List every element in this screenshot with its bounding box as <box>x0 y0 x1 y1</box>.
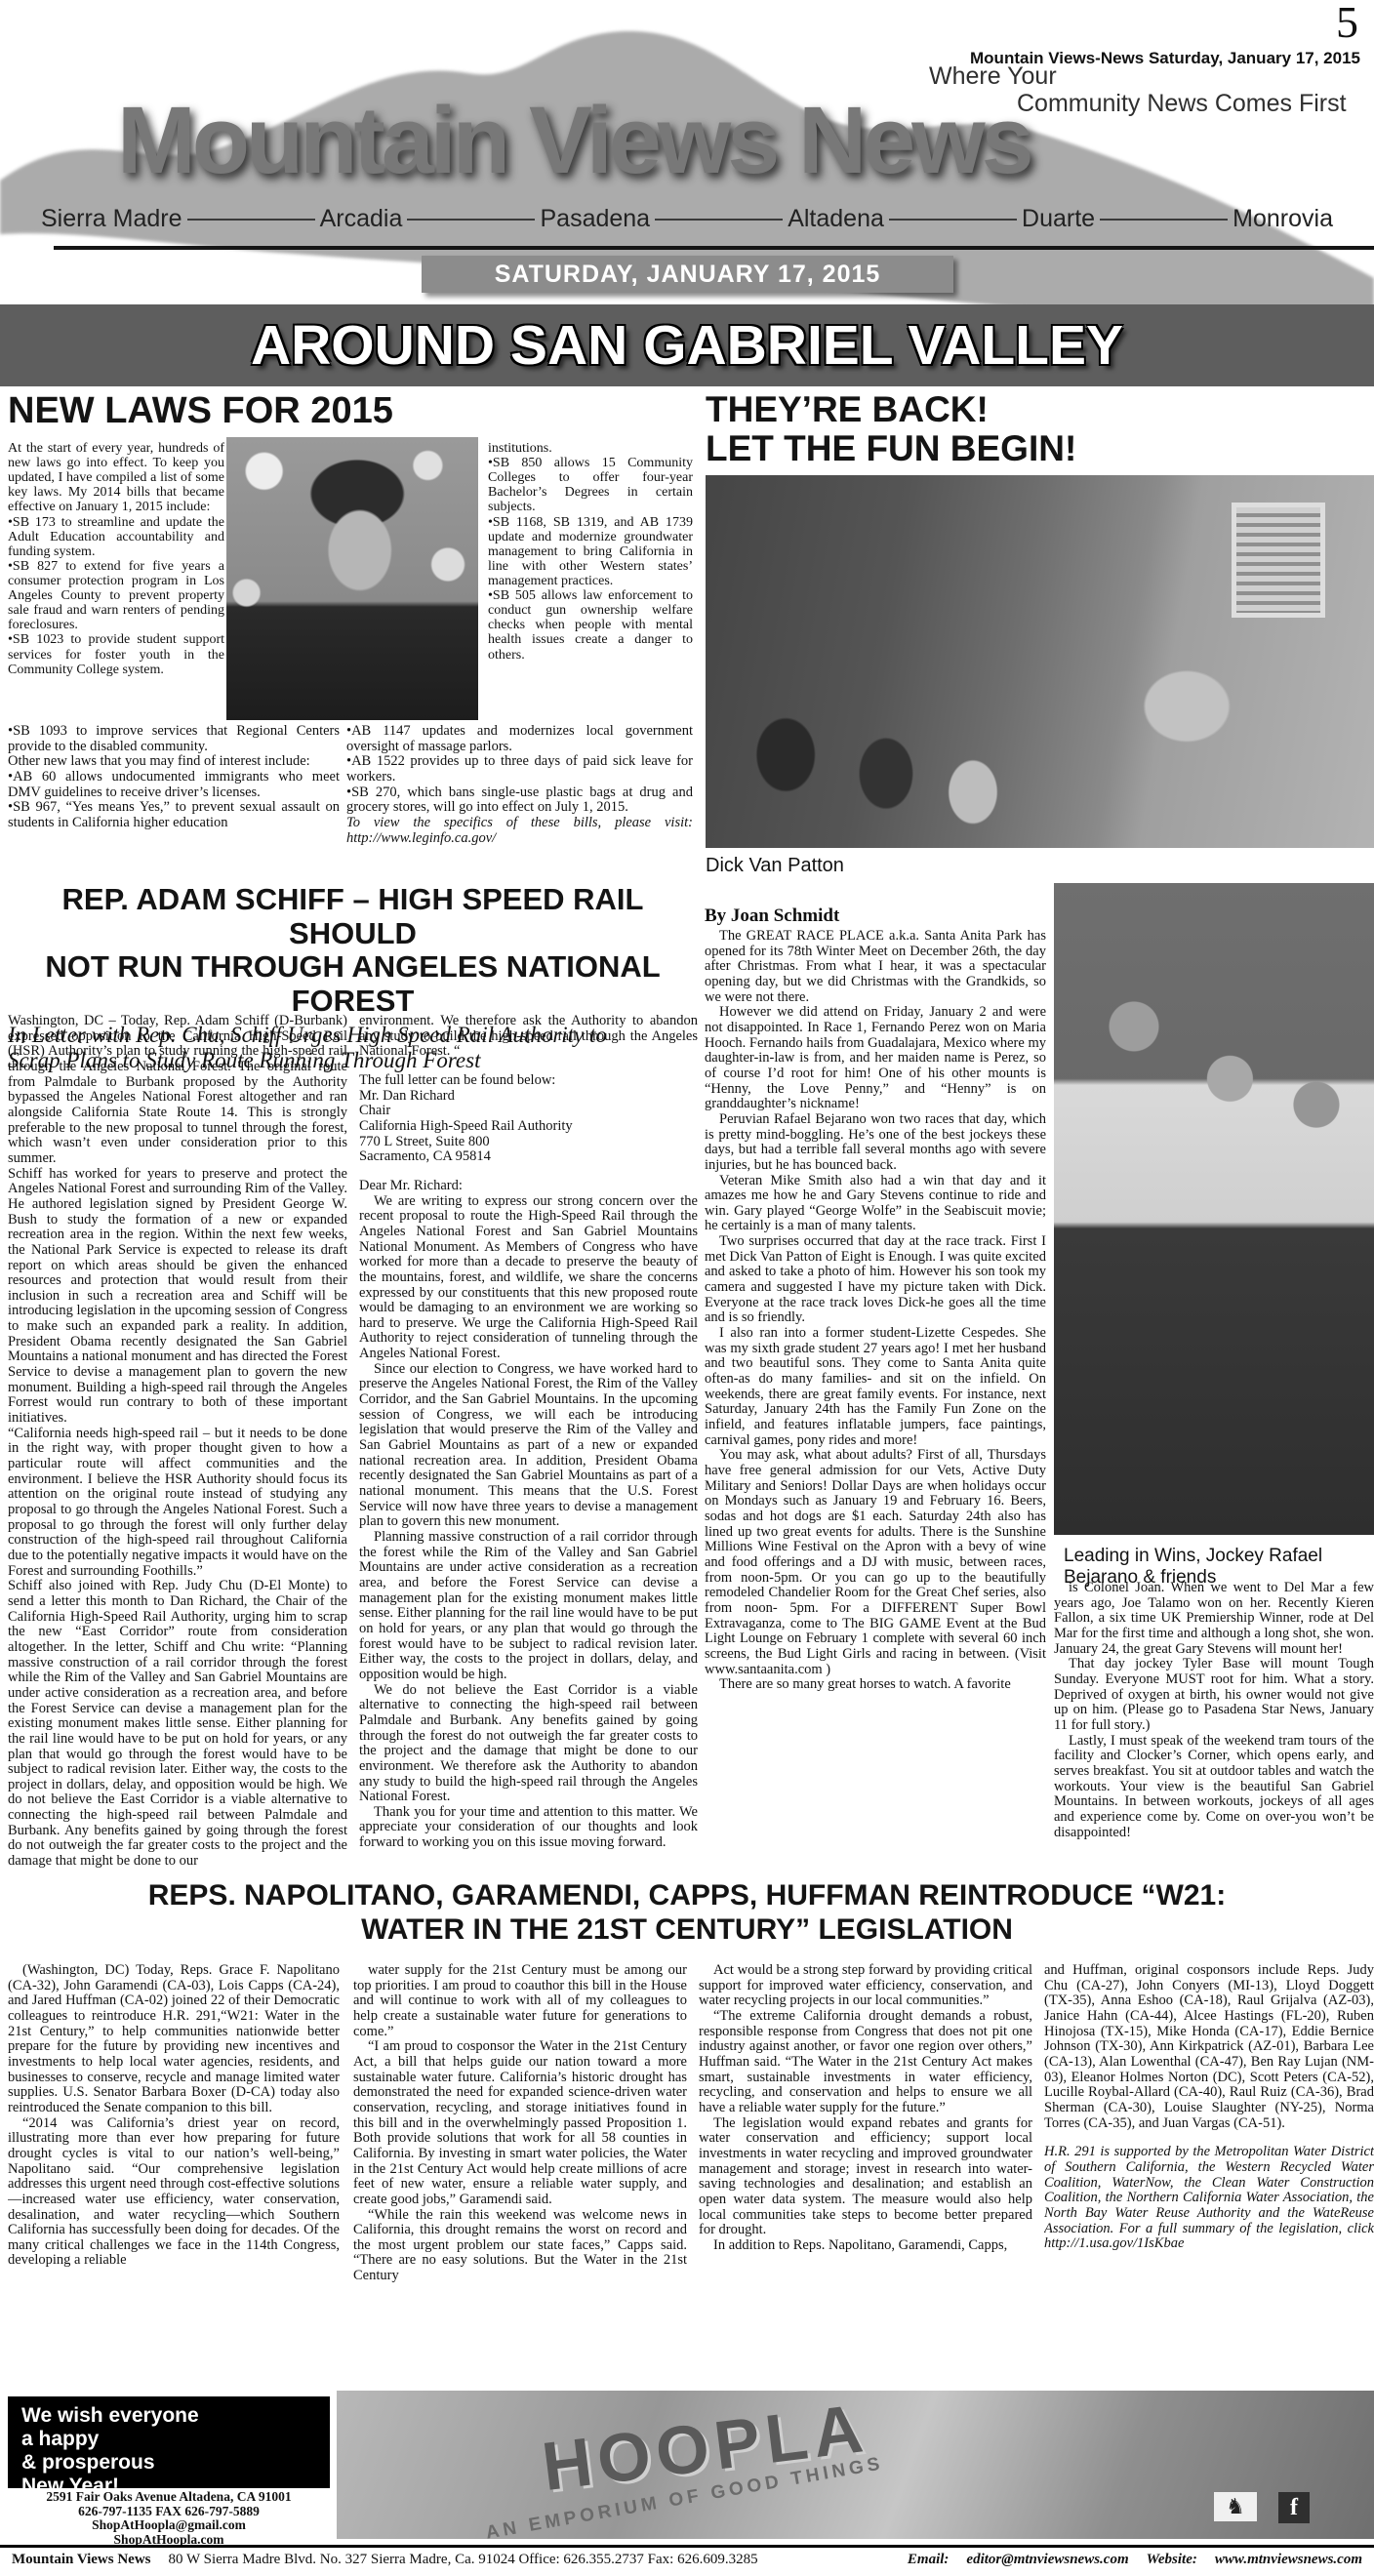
paragraph: Planning massive construction of a rail … <box>359 1530 698 1683</box>
schmidt-byline: By Joan Schmidt <box>705 906 1046 927</box>
w21-col3: Act would be a strong step forward by pr… <box>699 1963 1032 2383</box>
new-laws-col1-bottom: •SB 1093 to improve services that Region… <box>8 724 340 892</box>
footer-bar: Mountain Views News 80 W Sierra Madre Bl… <box>0 2545 1374 2568</box>
theyre-back-title-line2: LET THE FUN BEGIN! <box>706 429 1076 468</box>
paragraph: a happy <box>21 2428 316 2451</box>
letter-line: California High-Speed Rail Authority <box>359 1119 698 1135</box>
new-laws-col2-bottom: •AB 1147 updates and modernizes local go… <box>346 724 693 892</box>
footer-website[interactable]: www.mtnviewsnews.com <box>1215 2552 1362 2568</box>
footer-address: 80 W Sierra Madre Blvd. No. 327 Sierra M… <box>169 2552 890 2568</box>
paragraph: •SB 827 to extend for five years a consu… <box>8 559 224 633</box>
paragraph: (Washington, DC) Today, Reps. Grace F. N… <box>8 1963 340 2116</box>
city-pasadena: Pasadena <box>540 205 650 233</box>
hoopla-phone: 626-797-1135 FAX 626-797-5889 <box>8 2505 330 2519</box>
paragraph: We do not believe the East Corridor is a… <box>359 1683 698 1805</box>
schiff-title: REP. ADAM SCHIFF – HIGH SPEED RAIL SHOUL… <box>8 883 698 1019</box>
schmidt-column: By Joan Schmidt The GREAT RACE PLACE a.k… <box>705 906 1046 1873</box>
schiff-title-line1: REP. ADAM SCHIFF – HIGH SPEED RAIL SHOUL… <box>8 883 698 950</box>
paragraph: We wish everyone <box>21 2404 316 2428</box>
horse-logo-icon: ♞ <box>1214 2492 1257 2521</box>
letter-address-block: The full letter can be found below: Mr. … <box>359 1073 698 1165</box>
new-laws-col2: institutions.•SB 850 allows 15 Community… <box>488 441 693 724</box>
paragraph: You may ask, what about adults? First of… <box>705 1448 1046 1677</box>
paragraph: Act would be a strong step forward by pr… <box>699 1963 1032 2009</box>
footer-email-label: Email: <box>908 2552 950 2568</box>
city-arcadia: Arcadia <box>320 205 403 233</box>
city-sierra-madre: Sierra Madre <box>41 205 182 233</box>
spacer <box>359 1165 698 1179</box>
w21-title-line1: REPS. NAPOLITANO, GARAMENDI, CAPPS, HUFF… <box>0 1879 1374 1913</box>
paragraph: Schiff has worked for years to preserve … <box>8 1167 347 1427</box>
footer-website-label: Website: <box>1147 2552 1197 2568</box>
paragraph: Peruvian Rafael Bejarano won two races t… <box>705 1112 1046 1174</box>
schiff-colB-intro: environment. We therefore ask the Author… <box>359 1014 698 1060</box>
hoopla-ad-message: We wish everyonea happy& prosperousNew Y… <box>8 2396 330 2488</box>
paragraph: In addition to Reps. Napolitano, Garamen… <box>699 2238 1032 2254</box>
w21-col4-list: and Huffman, original cosponsors include… <box>1044 1963 1374 2131</box>
paragraph: I also ran into a former student-Lizette… <box>705 1326 1046 1448</box>
jockeys-photo <box>1054 883 1374 1535</box>
w21-col4: and Huffman, original cosponsors include… <box>1044 1963 1374 2383</box>
top-rule <box>54 246 1374 250</box>
assemblymember-portrait-photo <box>226 437 478 720</box>
w21-title-line2: WATER IN THE 21ST CENTURY” LEGISLATION <box>0 1913 1374 1948</box>
hoopla-email[interactable]: ShopAtHoopla@gmail.com <box>8 2518 330 2533</box>
w21-col1: (Washington, DC) Today, Reps. Grace F. N… <box>8 1963 340 2383</box>
paragraph: and Huffman, original cosponsors include… <box>1044 1963 1374 2131</box>
hoopla-address: 2591 Fair Oaks Avenue Altadena, CA 91001 <box>8 2490 330 2505</box>
paragraph: Since our election to Congress, we have … <box>359 1362 698 1530</box>
paragraph: water supply for the 21st Century must b… <box>353 1963 687 2039</box>
city-duarte: Duarte <box>1022 205 1095 233</box>
paragraph: •AB 60 allows undocumented immigrants wh… <box>8 770 340 800</box>
paragraph: •SB 850 allows 15 Community Colleges to … <box>488 456 693 514</box>
divider-line <box>407 219 535 221</box>
new-laws-col1: At the start of every year, hundreds of … <box>8 441 224 722</box>
paragraph: That day jockey Tyler Base will mount To… <box>1054 1657 1374 1733</box>
letter-line: Mr. Dan Richard <box>359 1089 698 1105</box>
paragraph: •AB 1147 updates and modernizes local go… <box>346 724 693 754</box>
paragraph: “While the rain this weekend was welcome… <box>353 2208 687 2284</box>
paragraph: Schiff also joined with Rep. Judy Chu (D… <box>8 1579 347 1869</box>
theyre-back-title: THEY’RE BACK! LET THE FUN BEGIN! <box>706 390 1076 468</box>
w21-title: REPS. NAPOLITANO, GARAMENDI, CAPPS, HUFF… <box>0 1879 1374 1947</box>
paragraph: •SB 967, “Yes means Yes,” to prevent sex… <box>8 800 340 830</box>
paragraph: •SB 505 allows law enforcement to conduc… <box>488 588 693 663</box>
letter-line: The full letter can be found below: <box>359 1073 698 1089</box>
footer-paper-name: Mountain Views News <box>12 2552 151 2568</box>
schiff-title-line2: NOT RUN THROUGH ANGELES NATIONAL FOREST <box>8 950 698 1018</box>
schmidt-col2: is Colonel Joan. When we went to Del Mar… <box>1054 1581 1374 1873</box>
new-laws-title: NEW LAWS FOR 2015 <box>8 390 393 432</box>
paragraph: Veteran Mike Smith also had a win that d… <box>705 1174 1046 1235</box>
paragraph: •SB 270, which bans single-use plastic b… <box>346 785 693 816</box>
schiff-colB: environment. We therefore ask the Author… <box>359 1014 698 1871</box>
divider-line <box>889 219 1017 221</box>
divider-line <box>1100 219 1228 221</box>
paragraph: We are writing to express our strong con… <box>359 1194 698 1362</box>
schiff-article: REP. ADAM SCHIFF – HIGH SPEED RAIL SHOUL… <box>8 883 698 1873</box>
city-monrovia: Monrovia <box>1233 205 1333 233</box>
hoopla-storefront-photo: HOOPLA AN EMPORIUM OF GOOD THINGS ♞ f <box>337 2391 1374 2539</box>
city-altadena: Altadena <box>788 205 884 233</box>
paragraph: The legislation would expand rebates and… <box>699 2116 1032 2238</box>
w21-support-note: H.R. 291 is supported by the Metropolita… <box>1044 2145 1374 2252</box>
paragraph: •SB 1023 to provide student support serv… <box>8 632 224 676</box>
letter-salutation: Dear Mr. Richard: <box>359 1179 698 1194</box>
schmidt-paragraphs: The GREAT RACE PLACE a.k.a. Santa Anita … <box>705 929 1046 1693</box>
paragraph: institutions. <box>488 441 693 456</box>
paragraph: “2014 was California’s driest year on re… <box>8 2116 340 2270</box>
schiff-letter-body: We are writing to express our strong con… <box>359 1194 698 1851</box>
paragraph: & prosperous <box>21 2451 316 2475</box>
paragraph: •SB 1093 to improve services that Region… <box>8 724 340 754</box>
paragraph: Other new laws that you may find of inte… <box>8 754 340 770</box>
crowd-photo-caption: Dick Van Patton <box>706 855 844 877</box>
newspaper-page: 5 Mountain Views-News Saturday, January … <box>0 0 1374 2576</box>
paragraph: “I am proud to cosponsor the Water in th… <box>353 2039 687 2207</box>
divider-line <box>187 219 315 221</box>
footer-email[interactable]: editor@mtnviewsnews.com <box>966 2552 1128 2568</box>
w21-col2: water supply for the 21st Century must b… <box>353 1963 687 2383</box>
letter-line: Chair <box>359 1104 698 1119</box>
hoopla-ad-contact: 2591 Fair Oaks Avenue Altadena, CA 91001… <box>8 2490 330 2547</box>
paragraph: Two surprises occurred that day at the r… <box>705 1234 1046 1326</box>
paragraph: •AB 1522 provides up to three days of pa… <box>346 754 693 785</box>
letter-line: Sacramento, CA 95814 <box>359 1149 698 1165</box>
letter-line: 770 L Street, Suite 800 <box>359 1135 698 1150</box>
schiff-colA: Washington, DC – Today, Rep. Adam Schiff… <box>8 1014 347 1871</box>
page-number: 5 <box>1336 0 1358 45</box>
paragraph: •SB 1168, SB 1319, and AB 1739 update an… <box>488 515 693 589</box>
spacer <box>359 1060 698 1073</box>
new-laws-col2-bottom-list: •AB 1147 updates and modernizes local go… <box>346 724 693 816</box>
facebook-icon[interactable]: f <box>1278 2492 1310 2523</box>
paragraph: “California needs high-speed rail – but … <box>8 1427 347 1580</box>
cities-bar: Sierra Madre Arcadia Pasadena Altadena D… <box>41 205 1333 233</box>
paragraph: The GREAT RACE PLACE a.k.a. Santa Anita … <box>705 929 1046 1005</box>
paragraph: •SB 173 to streamline and update the Adu… <box>8 515 224 559</box>
section-banner: AROUND SAN GABRIEL VALLEY <box>0 304 1374 386</box>
paragraph: However we did attend on Friday, January… <box>705 1005 1046 1112</box>
masthead-title: Mountain Views News <box>117 86 1269 195</box>
paragraph: There are so many great horses to watch.… <box>705 1677 1046 1693</box>
leginfo-note: To view the specifics of these bills, pl… <box>346 816 693 846</box>
divider-line <box>655 219 783 221</box>
paragraph: At the start of every year, hundreds of … <box>8 441 224 515</box>
paragraph: Washington, DC – Today, Rep. Adam Schiff… <box>8 1014 347 1167</box>
paragraph: Thank you for your time and attention to… <box>359 1805 698 1851</box>
paragraph: is Colonel Joan. When we went to Del Mar… <box>1054 1581 1374 1657</box>
date-banner: SATURDAY, JANUARY 17, 2015 <box>422 256 953 293</box>
theyre-back-title-line1: THEY’RE BACK! <box>706 390 1076 429</box>
paragraph: Lastly, I must speak of the weekend tram… <box>1054 1734 1374 1841</box>
paragraph: “The extreme California drought demands … <box>699 2009 1032 2116</box>
photo-detail-window <box>1232 503 1325 618</box>
